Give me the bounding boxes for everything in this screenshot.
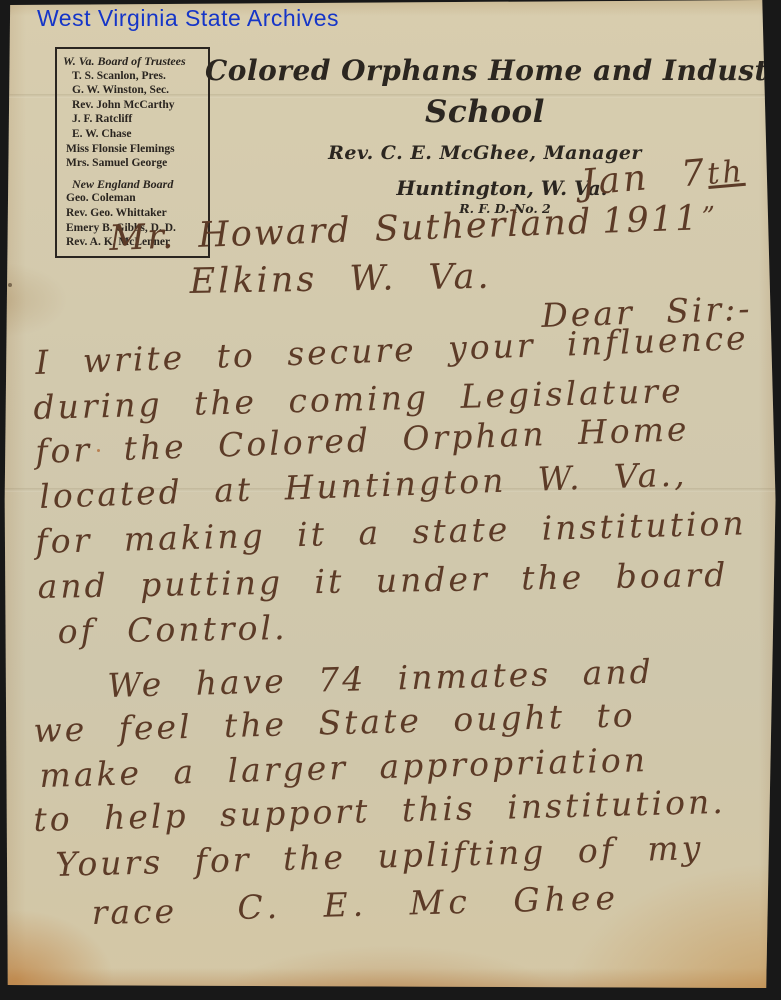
wv-board-member: Mrs. Samuel George [66, 156, 204, 171]
wv-board-member: Miss Flonsie Flemings [66, 142, 204, 157]
letter-document: West Virginia State Archives W. Va. Boar… [0, 0, 781, 1000]
wv-board-member: J. F. Ratcliff [66, 112, 204, 127]
date-ditto-mark: „ [700, 186, 716, 217]
wv-board-member: Rev. John McCarthy [66, 98, 204, 113]
wv-board-member: G. W. Winston, Sec. [66, 83, 204, 98]
letter-body-line: and putting it under the board [37, 555, 728, 606]
letterhead-header: Colored Orphans Home and Industrial Scho… [205, 52, 765, 164]
letter-closing-line: Yours for the uplifting of my [55, 828, 704, 884]
date-year: 1911 [602, 198, 700, 241]
letterhead-title-line2: School [205, 90, 765, 134]
letterhead-title-line1: Colored Orphans Home and Industrial [205, 52, 765, 90]
wv-board-title: W. Va. Board of Trustees [63, 54, 204, 69]
handwritten-recipient-place: Elkins W. Va. [189, 257, 492, 302]
letter-body-line: of Control. [57, 608, 288, 651]
ne-board-title: New England Board [72, 177, 204, 192]
letter-closing-word: race [91, 892, 177, 932]
ne-board-member: Geo. Coleman [66, 191, 204, 206]
wv-board-member: T. S. Scanlon, Pres. [66, 69, 204, 84]
wv-board-member: E. W. Chase [66, 127, 204, 142]
archive-watermark-label: West Virginia State Archives [37, 5, 339, 32]
signature: C. E. Mc Ghee [237, 878, 620, 927]
paper-speck [8, 283, 12, 287]
